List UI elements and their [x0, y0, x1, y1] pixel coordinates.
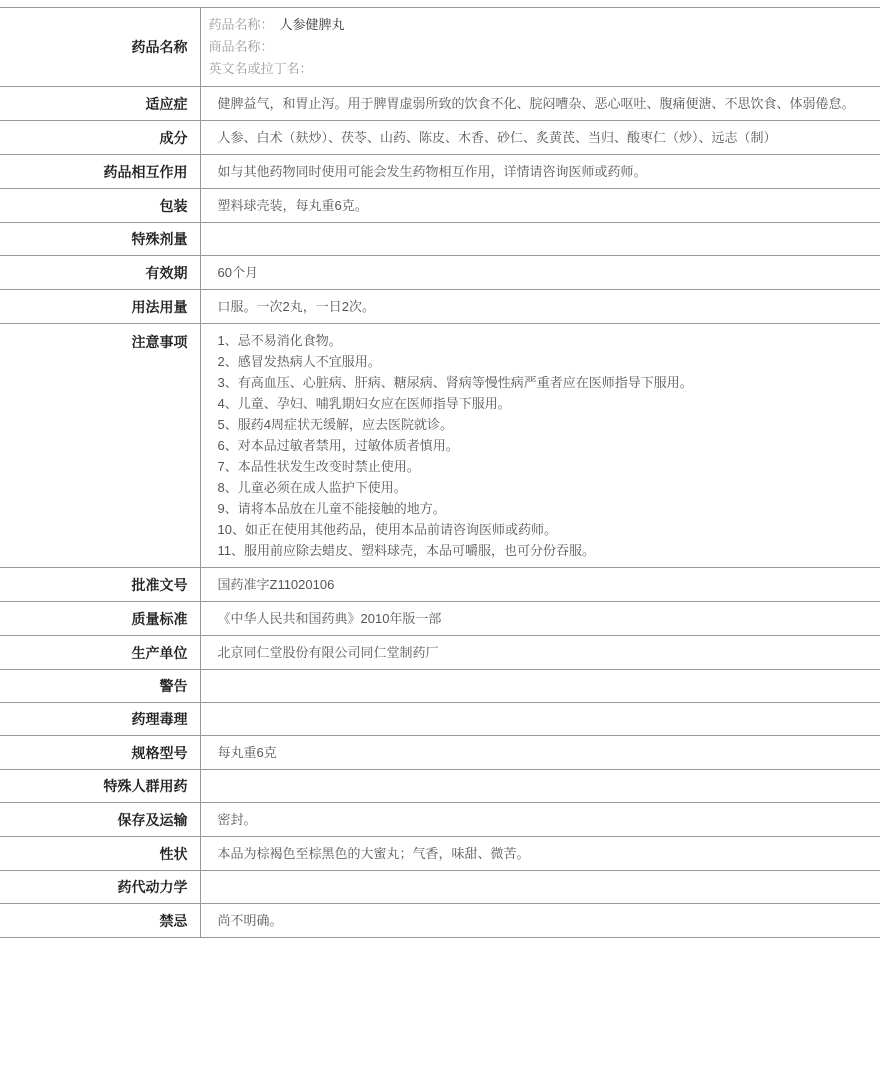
row-label-packaging: 包装	[0, 189, 200, 223]
row-value-storage: 密封。	[200, 803, 880, 837]
table-row-manufacturer: 生产单位 北京同仁堂股份有限公司同仁堂制药厂	[0, 636, 880, 670]
table-row-contraindications: 禁忌 尚不明确。	[0, 904, 880, 938]
table-row-special-dosage: 特殊剂量	[0, 223, 880, 256]
row-value-drug-name: 药品名称：人参健脾丸 商品名称： 英文名或拉丁名：	[200, 8, 880, 87]
precaution-item: 11、服用前应除去蜡皮、塑料球壳，本品可嚼服，也可分份吞服。	[218, 540, 861, 561]
table-row-approval-number: 批准文号 国药准字Z11020106	[0, 568, 880, 602]
precaution-item: 10、如正在使用其他药品，使用本品前请咨询医师或药师。	[218, 519, 861, 540]
row-value-indications: 健脾益气，和胃止泻。用于脾胃虚弱所致的饮食不化、脘闷嘈杂、恶心呕吐、腹痛便溏、不…	[200, 87, 880, 121]
table-row-packaging: 包装 塑料球壳装，每丸重6克。	[0, 189, 880, 223]
row-label-indications: 适应症	[0, 87, 200, 121]
precaution-item: 5、服药4周症状无缓解，应去医院就诊。	[218, 414, 861, 435]
precaution-item: 8、儿童必须在成人监护下使用。	[218, 477, 861, 498]
table-row-drug-name: 药品名称 药品名称：人参健脾丸 商品名称： 英文名或拉丁名：	[0, 8, 880, 87]
drug-info-table: 药品名称 药品名称：人参健脾丸 商品名称： 英文名或拉丁名： 适应症 健脾益气，…	[0, 7, 880, 938]
row-label-ingredients: 成分	[0, 121, 200, 155]
row-label-contraindications: 禁忌	[0, 904, 200, 938]
precaution-item: 3、有高血压、心脏病、肝病、糖尿病、肾病等慢性病严重者应在医师指导下服用。	[218, 372, 861, 393]
row-label-approval-number: 批准文号	[0, 568, 200, 602]
drug-name-value: 人参健脾丸	[280, 17, 345, 32]
row-value-shelf-life: 60个月	[200, 256, 880, 290]
row-value-special-dosage	[200, 223, 880, 256]
row-label-special-population: 特殊人群用药	[0, 770, 200, 803]
row-value-quality-standard: 《中华人民共和国药典》2010年版一部	[200, 602, 880, 636]
row-value-pharmacokinetics	[200, 871, 880, 904]
row-value-pharmacology	[200, 703, 880, 736]
row-value-contraindications: 尚不明确。	[200, 904, 880, 938]
row-label-pharmacokinetics: 药代动力学	[0, 871, 200, 904]
row-label-pharmacology: 药理毒理	[0, 703, 200, 736]
row-label-interactions: 药品相互作用	[0, 155, 200, 189]
precaution-item: 6、对本品过敏者禁用，过敏体质者慎用。	[218, 435, 861, 456]
row-label-storage: 保存及运输	[0, 803, 200, 837]
trade-name-prefix: 商品名称：	[209, 36, 861, 58]
table-row-precautions: 注意事项 1、忌不易消化食物。 2、感冒发热病人不宜服用。 3、有高血压、心脏病…	[0, 324, 880, 568]
row-label-description: 性状	[0, 837, 200, 871]
row-label-special-dosage: 特殊剂量	[0, 223, 200, 256]
row-value-description: 本品为棕褐色至棕黑色的大蜜丸；气香，味甜、微苦。	[200, 837, 880, 871]
row-label-drug-name: 药品名称	[0, 8, 200, 87]
row-label-shelf-life: 有效期	[0, 256, 200, 290]
precaution-item: 4、儿童、孕妇、哺乳期妇女应在医师指导下服用。	[218, 393, 861, 414]
row-value-ingredients: 人参、白术（麸炒）、茯苓、山药、陈皮、木香、砂仁、炙黄芪、当归、酸枣仁（炒）、远…	[200, 121, 880, 155]
row-label-specification: 规格型号	[0, 736, 200, 770]
row-value-interactions: 如与其他药物同时使用可能会发生药物相互作用，详情请咨询医师或药师。	[200, 155, 880, 189]
precaution-item: 1、忌不易消化食物。	[218, 330, 861, 351]
row-label-manufacturer: 生产单位	[0, 636, 200, 670]
table-row-indications: 适应症 健脾益气，和胃止泻。用于脾胃虚弱所致的饮食不化、脘闷嘈杂、恶心呕吐、腹痛…	[0, 87, 880, 121]
row-value-dosage: 口服。一次2丸，一日2次。	[200, 290, 880, 324]
table-row-special-population: 特殊人群用药	[0, 770, 880, 803]
english-name-prefix: 英文名或拉丁名：	[209, 58, 861, 80]
row-label-quality-standard: 质量标准	[0, 602, 200, 636]
row-label-warning: 警告	[0, 670, 200, 703]
table-row-ingredients: 成分 人参、白术（麸炒）、茯苓、山药、陈皮、木香、砂仁、炙黄芪、当归、酸枣仁（炒…	[0, 121, 880, 155]
drug-name-prefix: 药品名称：	[209, 17, 274, 32]
table-row-description: 性状 本品为棕褐色至棕黑色的大蜜丸；气香，味甜、微苦。	[0, 837, 880, 871]
row-label-precautions: 注意事项	[0, 324, 200, 568]
table-row-specification: 规格型号 每丸重6克	[0, 736, 880, 770]
table-row-warning: 警告	[0, 670, 880, 703]
precaution-item: 9、请将本品放在儿童不能接触的地方。	[218, 498, 861, 519]
row-value-packaging: 塑料球壳装，每丸重6克。	[200, 189, 880, 223]
drug-name-line: 药品名称：人参健脾丸	[209, 14, 861, 36]
precaution-item: 7、本品性状发生改变时禁止使用。	[218, 456, 861, 477]
table-row-interactions: 药品相互作用 如与其他药物同时使用可能会发生药物相互作用，详情请咨询医师或药师。	[0, 155, 880, 189]
row-value-precautions: 1、忌不易消化食物。 2、感冒发热病人不宜服用。 3、有高血压、心脏病、肝病、糖…	[200, 324, 880, 568]
table-row-storage: 保存及运输 密封。	[0, 803, 880, 837]
table-row-dosage: 用法用量 口服。一次2丸，一日2次。	[0, 290, 880, 324]
table-row-quality-standard: 质量标准 《中华人民共和国药典》2010年版一部	[0, 602, 880, 636]
precaution-item: 2、感冒发热病人不宜服用。	[218, 351, 861, 372]
table-row-shelf-life: 有效期 60个月	[0, 256, 880, 290]
row-value-specification: 每丸重6克	[200, 736, 880, 770]
row-value-approval-number: 国药准字Z11020106	[200, 568, 880, 602]
table-row-pharmacology: 药理毒理	[0, 703, 880, 736]
row-value-special-population	[200, 770, 880, 803]
row-value-warning	[200, 670, 880, 703]
row-value-manufacturer: 北京同仁堂股份有限公司同仁堂制药厂	[200, 636, 880, 670]
row-label-dosage: 用法用量	[0, 290, 200, 324]
table-row-pharmacokinetics: 药代动力学	[0, 871, 880, 904]
